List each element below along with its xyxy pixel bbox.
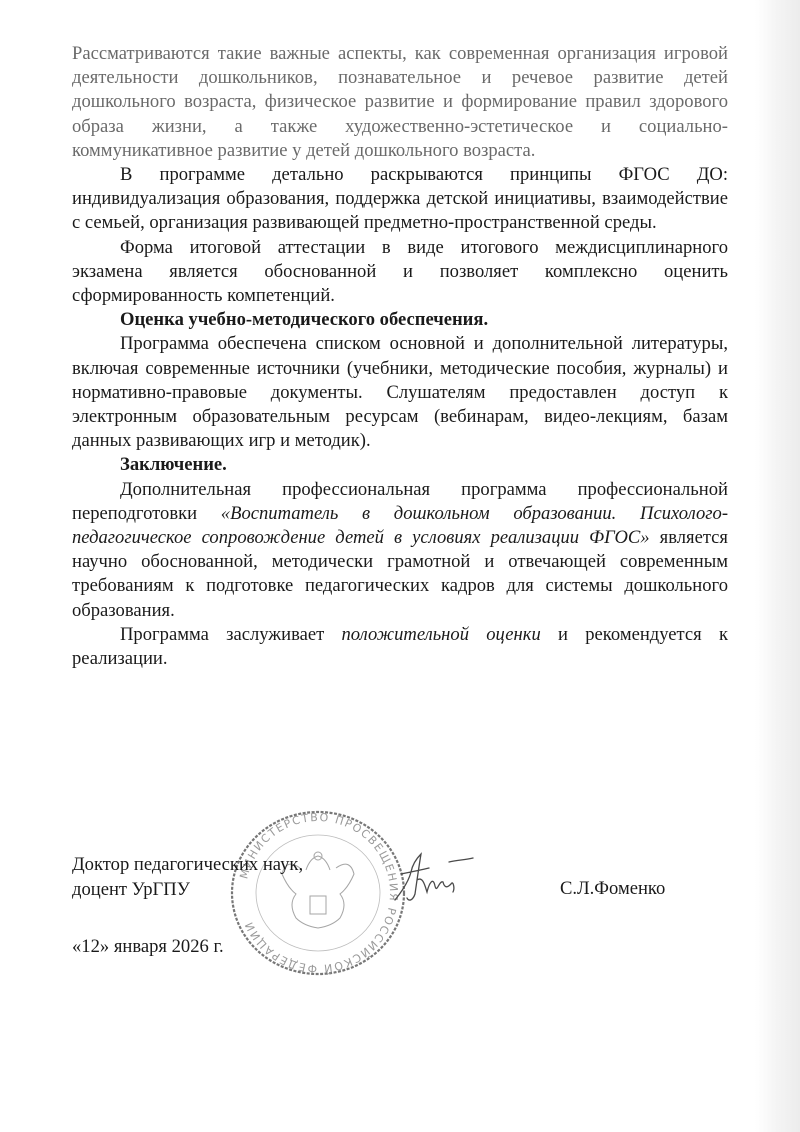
reviewer-position: доцент УрГПУ: [72, 878, 190, 902]
official-stamp-icon: МИНИСТЕРСТВО ПРОСВЕЩЕНИЯ РОССИЙСКОЙ ФЕДЕ…: [228, 808, 408, 978]
paragraph-fgos-principles: В программе детально раскрываются принци…: [72, 163, 728, 236]
recommendation-pre: Программа заслуживает: [120, 624, 342, 645]
paragraph-conclusion: Дополнительная профессиональная программ…: [72, 478, 728, 623]
document-page: Рассматриваются такие важные аспекты, ка…: [0, 0, 800, 1132]
heading-methodological-support: Оценка учебно-методического обеспечения.: [72, 308, 728, 332]
paragraph-literature: Программа обеспечена списком основной и …: [72, 332, 728, 453]
positive-assessment: положительной оценки: [342, 624, 541, 645]
svg-text:МИНИСТЕРСТВО ПРОСВЕЩЕНИЯ РОССИ: МИНИСТЕРСТВО ПРОСВЕЩЕНИЯ РОССИЙСКОЙ ФЕДЕ…: [237, 811, 400, 975]
reviewer-name: С.Л.Фоменко: [560, 878, 665, 900]
heading-conclusion: Заключение.: [72, 453, 728, 477]
reviewer-degree: Доктор педагогических наук,: [72, 853, 303, 877]
paragraph-recommendation: Программа заслуживает положительной оцен…: [72, 623, 728, 671]
review-date: «12» января 2026 г.: [72, 935, 224, 959]
handwritten-signature-icon: [393, 850, 478, 906]
review-body: Рассматриваются такие важные аспекты, ка…: [72, 42, 728, 671]
paragraph-attestation: Форма итоговой аттестации в виде итогово…: [72, 236, 728, 309]
paragraph-aspects: Рассматриваются такие важные аспекты, ка…: [72, 42, 728, 163]
